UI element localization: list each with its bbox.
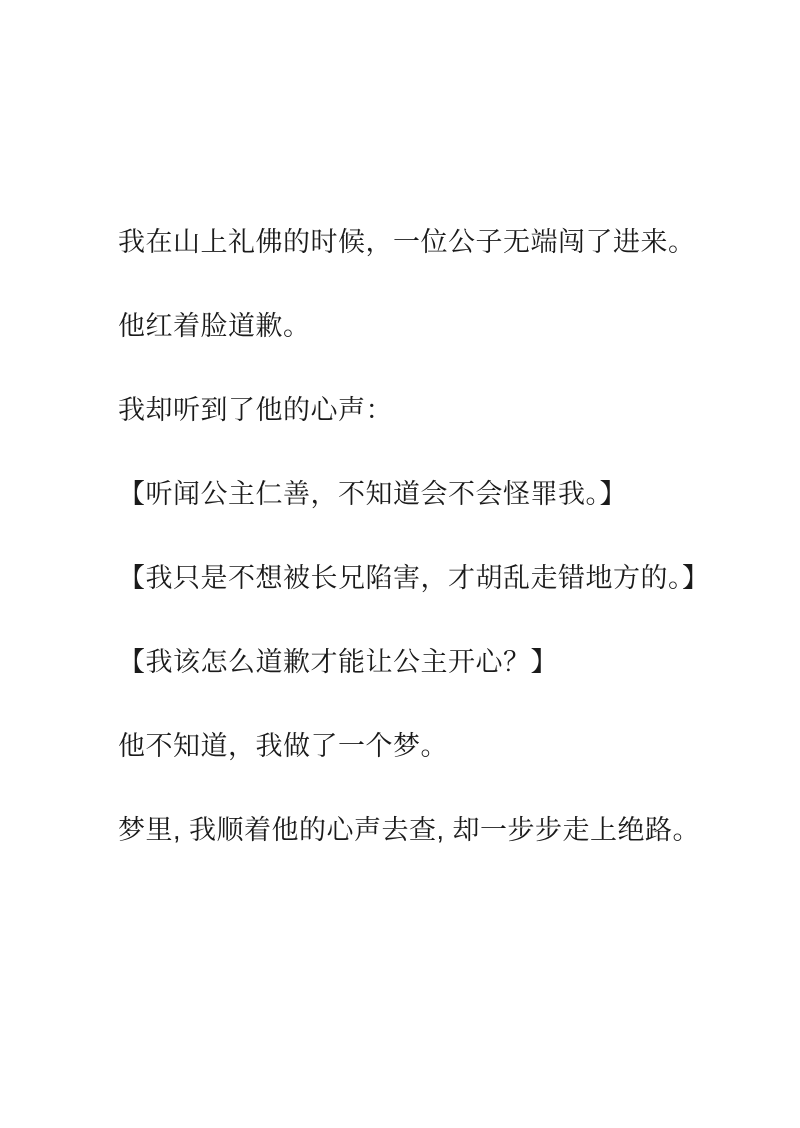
story-page: 我在山上礼佛的时候，一位公子无端闯了进来。 他红着脸道歉。 我却听到了他的心声：… [0,0,800,1128]
story-paragraph-1: 我在山上礼佛的时候，一位公子无端闯了进来。 [118,224,690,260]
story-paragraph-8: 梦里, 我顺着他的心声去查, 却一步步走上绝路。 [118,812,690,848]
story-paragraph-3: 我却听到了他的心声： [118,392,690,428]
story-paragraph-7: 他不知道，我做了一个梦。 [118,728,690,764]
story-paragraph-6: 【我该怎么道歉才能让公主开心？】 [118,644,690,680]
story-paragraph-2: 他红着脸道歉。 [118,308,690,344]
story-paragraph-5: 【我只是不想被长兄陷害，才胡乱走错地方的。】 [118,560,690,596]
story-paragraph-4: 【听闻公主仁善，不知道会不会怪罪我。】 [118,476,690,512]
